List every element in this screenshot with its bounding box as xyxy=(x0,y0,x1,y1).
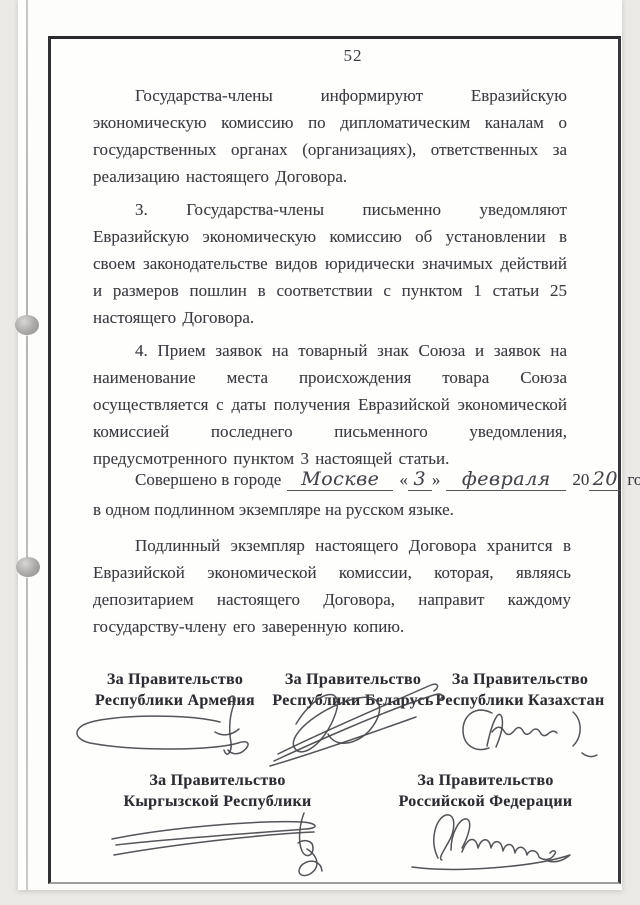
body-text: Государства-члены информируют Евразийску… xyxy=(93,82,567,478)
day-underline: 3 xyxy=(408,469,432,491)
scanned-page: 52 Государства-члены информируют Евразий… xyxy=(18,0,622,890)
signatory-for-label: За Правительство xyxy=(110,770,325,791)
binder-hole-icon xyxy=(16,557,40,577)
close-quote: » xyxy=(432,470,441,489)
signature-belarus-icon xyxy=(266,668,451,768)
paragraph-intro: Государства-члены информируют Евразийску… xyxy=(93,82,567,190)
paragraph-3: 3. Государства-члены письменно уведомляю… xyxy=(93,196,567,331)
signature-kazakhstan-icon xyxy=(456,700,601,762)
handwritten-day: 3 xyxy=(414,468,427,490)
signatory-for-label: За Правительство xyxy=(431,669,609,690)
execution-line: Совершено в городеМоскве«3»февраля2020го… xyxy=(93,466,571,494)
signature-kyrgyzstan-icon xyxy=(106,798,331,880)
year-prefix: 20 xyxy=(572,470,589,489)
signatory-for-label: За Правительство xyxy=(70,669,280,690)
handwritten-month: февраля xyxy=(462,468,551,490)
paper-fold-line xyxy=(26,0,28,890)
month-underline: февраля xyxy=(446,469,566,491)
copy-line: в одном подлинном экземпляре на русском … xyxy=(93,496,571,524)
page-number: 52 xyxy=(318,46,388,66)
signature-russia-icon xyxy=(406,808,586,874)
year-word: года xyxy=(627,470,640,489)
binder-hole-icon xyxy=(15,315,39,335)
paragraph-4: 4. Прием заявок на товарный знак Союза и… xyxy=(93,337,567,472)
year-underline: 20 xyxy=(589,469,621,491)
signature-armenia-icon xyxy=(68,692,258,767)
handwritten-year: 20 xyxy=(593,468,618,490)
handwritten-city: Москве xyxy=(301,468,379,490)
open-quote: « xyxy=(399,470,408,489)
signatory-block-russia: За Правительство Российской Федерации xyxy=(378,770,593,812)
depositary-paragraph: Подлинный экземпляр настоящего Договора … xyxy=(93,532,571,640)
made-in-prefix: Совершено в городе xyxy=(135,470,281,489)
execution-block: Совершено в городеМоскве«3»февраля2020го… xyxy=(93,466,571,640)
city-underline: Москве xyxy=(287,469,393,491)
signatory-for-label: За Правительство xyxy=(378,770,593,791)
